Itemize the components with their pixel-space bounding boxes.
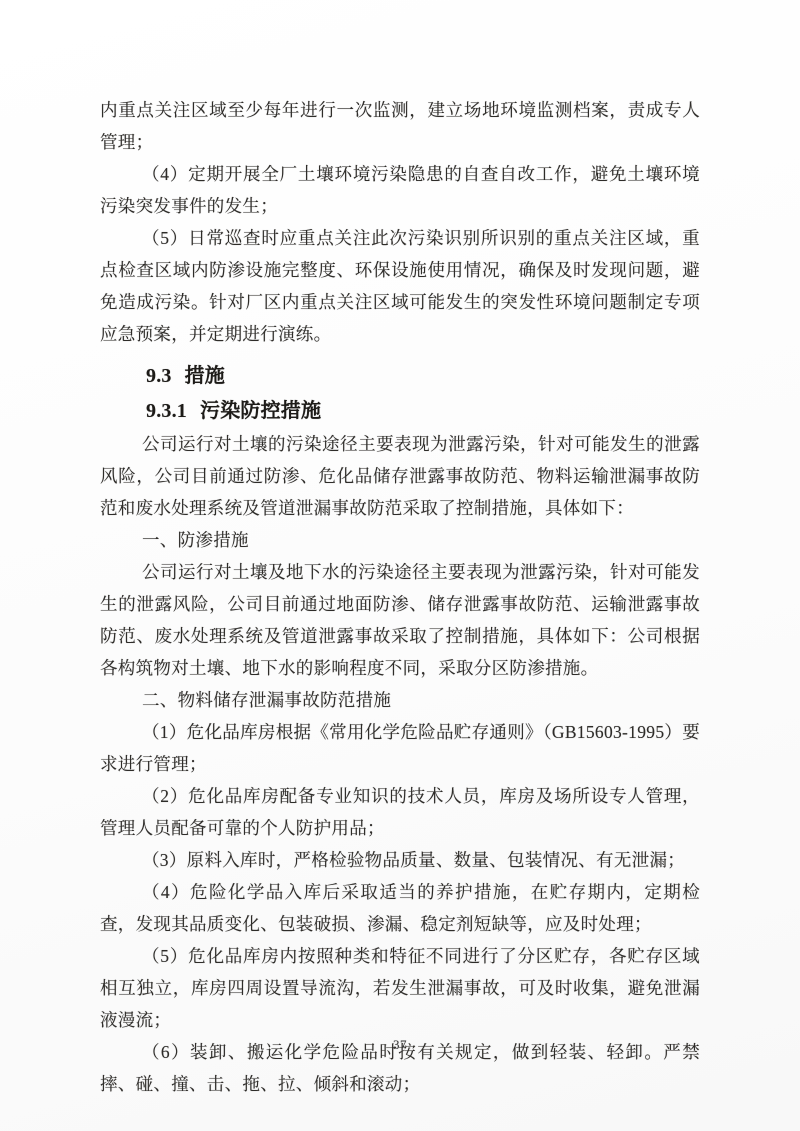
paragraph-item-1: （1）危化品库房根据《常用化学危险品贮存通则》（GB15603-1995）要求进… bbox=[100, 716, 700, 780]
subsection-number: 9.3.1 bbox=[146, 394, 187, 428]
paragraph: 公司运行对土壤及地下水的污染途径主要表现为泄露污染，针对可能发生的泄露风险，公司… bbox=[100, 556, 700, 684]
list-heading-2: 二、物料储存泄漏事故防范措施 bbox=[100, 684, 700, 716]
document-body: 内重点关注区域至少每年进行一次监测，建立场地环境监测档案，责成专人管理； （4）… bbox=[0, 0, 800, 1100]
paragraph-item-4b: （4）危险化学品入库后采取适当的养护措施，在贮存期内，定期检查，发现其品质变化、… bbox=[100, 876, 700, 940]
paragraph: 公司运行对土壤的污染途径主要表现为泄露污染，针对可能发生的泄露风险，公司目前通过… bbox=[100, 428, 700, 524]
paragraph-item-4: （4）定期开展全厂土壤环境污染隐患的自查自改工作，避免土壤环境污染突发事件的发生… bbox=[100, 158, 700, 222]
section-title: 措施 bbox=[185, 365, 225, 387]
subsection-heading: 9.3.1污染防控措施 bbox=[100, 394, 700, 428]
page-number: 37 bbox=[393, 1037, 407, 1052]
section-heading: 9.3措施 bbox=[100, 359, 700, 393]
paragraph-continued: 内重点关注区域至少每年进行一次监测，建立场地环境监测档案，责成专人管理； bbox=[100, 94, 700, 158]
section-number: 9.3 bbox=[146, 359, 172, 393]
list-heading-1: 一、防渗措施 bbox=[100, 524, 700, 556]
document-page: 内重点关注区域至少每年进行一次监测，建立场地环境监测档案，责成专人管理； （4）… bbox=[0, 0, 800, 1131]
paragraph-item-5: （5）日常巡查时应重点关注此次污染识别所识别的重点关注区域，重点检查区域内防渗设… bbox=[100, 222, 700, 350]
page-footer: 37 bbox=[0, 1036, 800, 1054]
subsection-title: 污染防控措施 bbox=[200, 400, 321, 422]
paragraph-item-3: （3）原料入库时，严格检验物品质量、数量、包装情况、有无泄漏； bbox=[100, 844, 700, 876]
paragraph-item-5b: （5）危化品库房内按照种类和特征不同进行了分区贮存，各贮存区域相互独立，库房四周… bbox=[100, 940, 700, 1036]
paragraph-item-2: （2）危化品库房配备专业知识的技术人员，库房及场所设专人管理，管理人员配备可靠的… bbox=[100, 780, 700, 844]
